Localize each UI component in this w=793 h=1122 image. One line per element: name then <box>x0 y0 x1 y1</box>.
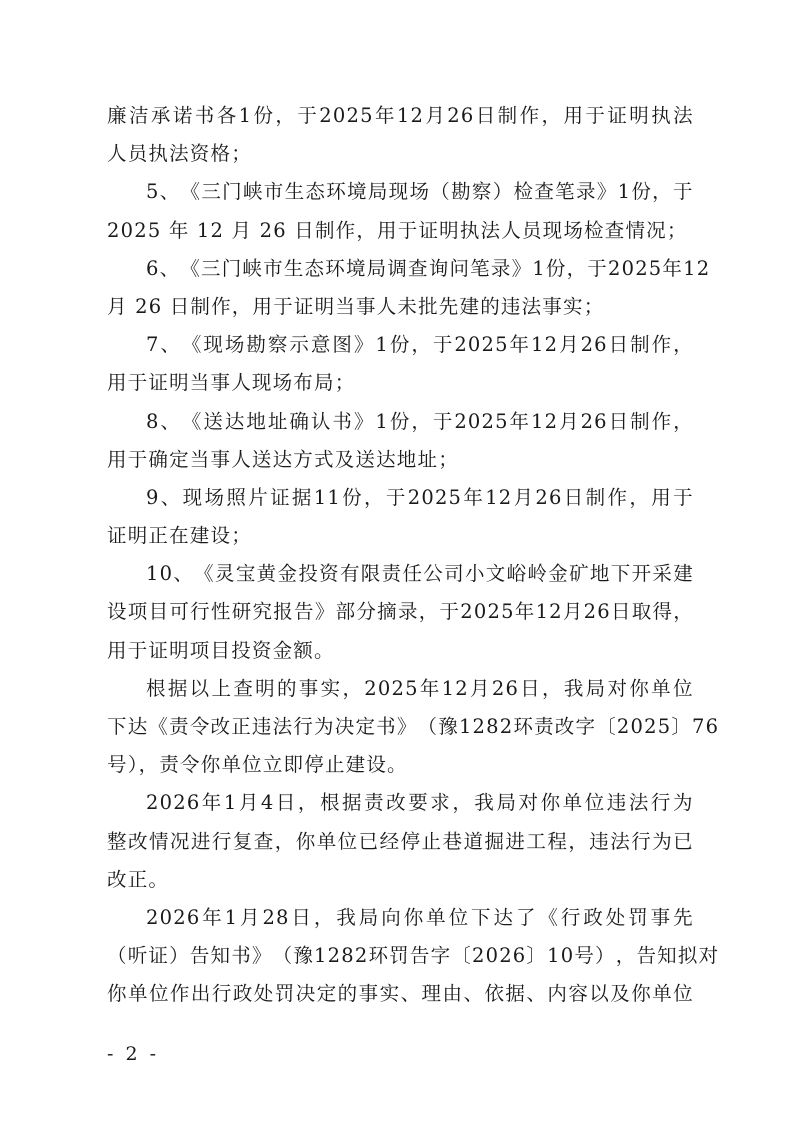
text-line: 人员执法资格； <box>107 135 694 173</box>
text-line: 8、《送达地址确认书》1份，于2025年12月26日制作， <box>107 403 694 441</box>
text-line: 5、《三门峡市生态环境局现场（勘察）检查笔录》1份，于 <box>107 173 694 211</box>
text-line: 下达《责令改正违法行为决定书》（豫1282环责改字〔2025〕76 <box>107 708 694 746</box>
page-number: - 2 - <box>107 1043 159 1065</box>
text-line: 2026年1月4日，根据责改要求，我局对你单位违法行为 <box>107 784 694 822</box>
text-line: 7、《现场勘察示意图》1份，于2025年12月26日制作， <box>107 326 694 364</box>
text-line: 你单位作出行政处罚决定的事实、理由、依据、内容以及你单位 <box>107 975 694 1013</box>
text-line: 10、《灵宝黄金投资有限责任公司小文峪岭金矿地下开采建 <box>107 555 694 593</box>
text-line: 整改情况进行复查，你单位已经停止巷道掘进工程，违法行为已 <box>107 823 694 861</box>
text-line: 6、《三门峡市生态环境局调查询问笔录》1份，于2025年12 <box>107 250 694 288</box>
text-line: 用于证明项目投资金额。 <box>107 632 694 670</box>
text-line: 2025 年 12 月 26 日制作，用于证明执法人员现场检查情况； <box>107 212 694 250</box>
text-line: 2026年1月28日，我局向你单位下达了《行政处罚事先 <box>107 899 694 937</box>
text-line: 号），责令你单位立即停止建设。 <box>107 746 694 784</box>
text-line: 用于证明当事人现场布局； <box>107 364 694 402</box>
text-line: 根据以上查明的事实，2025年12月26日，我局对你单位 <box>107 670 694 708</box>
text-line: 用于确定当事人送达方式及送达地址； <box>107 441 694 479</box>
text-line: （听证）告知书》（豫1282环罚告字〔2026〕10号），告知拟对 <box>107 937 694 975</box>
text-line: 证明正在建设； <box>107 517 694 555</box>
text-line: 月 26 日制作，用于证明当事人未批先建的违法事实； <box>107 288 694 326</box>
text-line: 廉洁承诺书各1份，于2025年12月26日制作，用于证明执法 <box>107 97 694 135</box>
text-line: 改正。 <box>107 861 694 899</box>
text-line: 9、现场照片证据11份，于2025年12月26日制作，用于 <box>107 479 694 517</box>
document-body: 廉洁承诺书各1份，于2025年12月26日制作，用于证明执法人员执法资格；5、《… <box>107 97 694 1014</box>
text-line: 设项目可行性研究报告》部分摘录，于2025年12月26日取得， <box>107 593 694 631</box>
